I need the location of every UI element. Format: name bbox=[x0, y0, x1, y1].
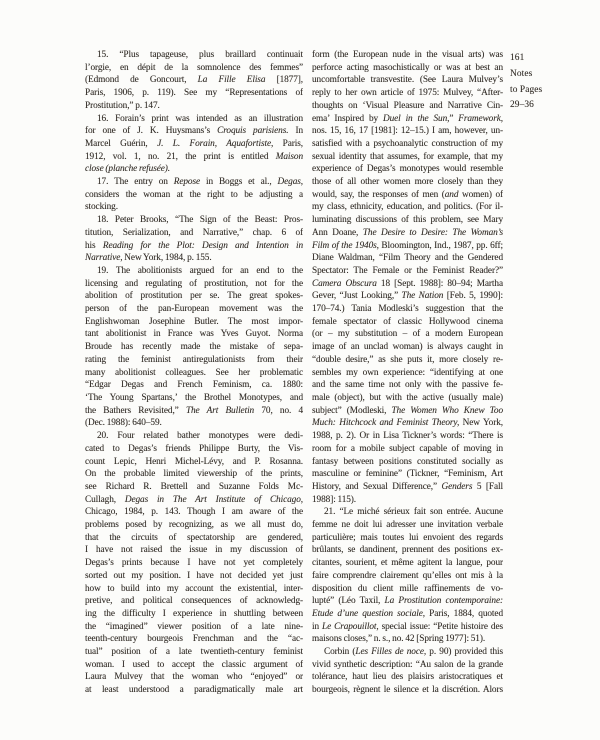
text-line: subject” (Modleski, The Women Who Knew T… bbox=[312, 405, 503, 418]
text-line: male (object), but with the active (usua… bbox=[312, 392, 503, 405]
text-line: vivid synthetic description: “Au salon d… bbox=[312, 659, 503, 672]
text-line: (Edmond de Goncourt, La Fille Elisa [187… bbox=[85, 74, 303, 87]
text-line: 1988, p. 2). Or in Lisa Tickner’s words:… bbox=[312, 430, 503, 443]
text-line: Film of the 1940s, Bloomington, Ind., 19… bbox=[312, 240, 503, 253]
text-line: Paris, 1906, p. 119). See my “Representa… bbox=[85, 87, 303, 100]
text-line: nos. 15, 16, 17 [1981]: 12–15.) I am, ho… bbox=[312, 125, 503, 138]
text-line: teenth-century bourgeois Frenchman and t… bbox=[85, 633, 303, 646]
text-line: stocking. bbox=[85, 201, 303, 214]
text-line: ing the difficulty I experience in shutt… bbox=[85, 608, 303, 621]
text-line: Degas’s prints because I have not yet co… bbox=[85, 557, 303, 570]
text-line: pretive, and political consequences of a… bbox=[85, 595, 303, 608]
text-line: cated to Degas’s friends Philippe Burty,… bbox=[85, 443, 303, 456]
text-line: rating the feminist antiregulationists f… bbox=[85, 354, 303, 367]
text-line: count Lepic, Henri Michel-Lévy, and P. R… bbox=[85, 456, 303, 469]
text-line: image of an unclad woman) is always caug… bbox=[312, 341, 503, 354]
book-page: 15. “Plus tapageuse, plus braillard cont… bbox=[0, 0, 600, 740]
text-line: Broude has recently made the mistake of … bbox=[85, 341, 303, 354]
text-line: those of all other women more closely th… bbox=[312, 176, 503, 189]
text-line: 18. Peter Brooks, “The Sign of the Beast… bbox=[85, 214, 303, 227]
text-line: faire comprendre clairement qu’elles ont… bbox=[312, 570, 503, 583]
text-line: 20. Four related bather monotypes were d… bbox=[85, 430, 303, 443]
text-line: person of the pan-European movement was … bbox=[85, 303, 303, 316]
text-line: 1988]: 115). bbox=[312, 494, 503, 507]
text-line: close (planche refusée). bbox=[85, 163, 303, 176]
text-line: woman. I used to accept the classic argu… bbox=[85, 659, 303, 672]
text-line: 1912, vol. 1, no. 21, the print is entit… bbox=[85, 151, 303, 164]
text-line: Spectator: The Female or the Feminist Re… bbox=[312, 265, 503, 278]
text-line: Laura Mulvey that the woman who “enjoyed… bbox=[85, 671, 303, 684]
text-line: masculine or feminine” (Tickner, “Femini… bbox=[312, 468, 503, 481]
text-line: and the same time not only with the pass… bbox=[312, 379, 503, 392]
text-line: titution, Serialization, and Narrative,”… bbox=[85, 227, 303, 240]
text-line: tant abolitionist in France was Yves Guy… bbox=[85, 328, 303, 341]
text-line: Cullagh, Degas in The Art Institute of C… bbox=[85, 494, 303, 507]
text-line: reply to her own article of 1975: Mulvey… bbox=[312, 87, 503, 100]
text-line: Etude d’une question sociale, Paris, 188… bbox=[312, 608, 503, 621]
text-line: female spectator of classic Hollywood ci… bbox=[312, 316, 503, 329]
text-line: would, say, the responses of men (and wo… bbox=[312, 189, 503, 202]
text-line: Chicago, 1984, p. 143. Though I am aware… bbox=[85, 506, 303, 519]
text-line: for one of J. K. Huysmans’s Croquis pari… bbox=[85, 125, 303, 138]
text-line: tual” position of a late twentieth-centu… bbox=[85, 646, 303, 659]
text-line: ema’ Inspired by Duel in the Sun,” Frame… bbox=[312, 113, 503, 126]
text-line: l’orgie, en dépit de la somnolence des f… bbox=[85, 62, 303, 75]
text-line: (Dec. 1988): 640–59. bbox=[85, 417, 303, 430]
margin-note-line: to Pages bbox=[510, 83, 580, 99]
text-line: form (the European nude in the visual ar… bbox=[312, 49, 503, 62]
text-line: (or – my substitution – of a modern Euro… bbox=[312, 328, 503, 341]
text-line: Marcel Guérin, J. L. Forain, Aquafortist… bbox=[85, 138, 303, 151]
text-line: Corbin (Les Filles de noce, p. 90) provi… bbox=[312, 646, 503, 659]
page-number: 161 bbox=[510, 51, 580, 67]
text-line: 15. “Plus tapageuse, plus braillard cont… bbox=[85, 49, 303, 62]
text-line: citantes, sourient, et même agitent la l… bbox=[312, 557, 503, 570]
text-line: considers the woman at the right to be a… bbox=[85, 189, 303, 202]
margin-note: 161 Notes to Pages 29–36 bbox=[510, 51, 580, 114]
text-line: 21. “Le miché sérieux fait son entrée. A… bbox=[312, 506, 503, 519]
text-line: in Le Crapouillot, special issue: “Petit… bbox=[312, 621, 503, 634]
text-line: room for a mobile subject capable of mov… bbox=[312, 443, 503, 456]
text-line: luminating discussions of this problem, … bbox=[312, 214, 503, 227]
text-line: brûlants, se dandinent, prennent des pos… bbox=[312, 544, 503, 557]
text-line: many abolitionist colleagues. See her pr… bbox=[85, 367, 303, 380]
text-line: licensing and regulating of prostitution… bbox=[85, 278, 303, 291]
text-line: 170–74.) Tania Modleski’s suggestion tha… bbox=[312, 303, 503, 316]
text-line: Camera Obscura 18 [Sept. 1988]: 80–94; M… bbox=[312, 278, 503, 291]
text-line: Much: Hitchcock and Feminist Theory, New… bbox=[312, 417, 503, 430]
text-line: tolérance, haut lieu des plaisirs aristo… bbox=[312, 671, 503, 684]
text-line: “double desire,” as she puts it, more cl… bbox=[312, 354, 503, 367]
text-line: the “imagined” viewer position of a late… bbox=[85, 621, 303, 634]
text-line: Ann Doane, The Desire to Desire: The Wom… bbox=[312, 227, 503, 240]
text-line: my class, ethnicity, education, and poli… bbox=[312, 201, 503, 214]
text-line: femme ne doit lui adresser une invitatio… bbox=[312, 519, 503, 532]
text-line: Gever, “Just Looking,” The Nation [Feb. … bbox=[312, 290, 503, 303]
text-line: bourgeois, règnent le silence et la disc… bbox=[312, 684, 503, 697]
right-column: form (the European nude in the visual ar… bbox=[312, 49, 503, 697]
text-line: 16. Forain’s print was intended as an il… bbox=[85, 113, 303, 126]
text-line: how to build into my account the existen… bbox=[85, 583, 303, 596]
text-line: Diane Waldman, “Film Theory and the Gend… bbox=[312, 252, 503, 265]
text-line: abolition of prostitution per se. The gr… bbox=[85, 290, 303, 303]
left-column: 15. “Plus tapageuse, plus braillard cont… bbox=[85, 49, 303, 697]
text-line: particulière; mais toutes lui envoient d… bbox=[312, 532, 503, 545]
text-line: fantasy between positions constituted so… bbox=[312, 456, 503, 469]
text-line: sembles my own experience: “identifying … bbox=[312, 367, 503, 380]
text-line: Englishwoman Josephine Butler. The most … bbox=[85, 316, 303, 329]
text-line: that the circuits of spectatorship are g… bbox=[85, 532, 303, 545]
text-line: problems posed by recognizing, as we all… bbox=[85, 519, 303, 532]
text-line: “Edgar Degas and French Feminism, ca. 18… bbox=[85, 379, 303, 392]
text-line: sexual identity that assumes, for exampl… bbox=[312, 151, 503, 164]
text-line: On the probable limited viewership of th… bbox=[85, 468, 303, 481]
text-line: the Bathers Revisited,” The Art Bulletin… bbox=[85, 405, 303, 418]
text-line: uncomfortable transvestite. (See Laura M… bbox=[312, 74, 503, 87]
text-line: 17. The entry on Repose in Boggs et al.,… bbox=[85, 176, 303, 189]
text-line: see Richard R. Brettell and Suzanne Fold… bbox=[85, 481, 303, 494]
text-line: satisfied with a psychoanalytic construc… bbox=[312, 138, 503, 151]
margin-note-line: Notes bbox=[510, 67, 580, 83]
text-line: perforce acting masochistically or was a… bbox=[312, 62, 503, 75]
text-line: Narrative, New York, 1984, p. 155. bbox=[85, 252, 303, 265]
text-line: at least understood a paradigmatically m… bbox=[85, 684, 303, 697]
text-line: thoughts on ‘Visual Pleasure and Narrati… bbox=[312, 100, 503, 113]
text-line: experience of Degas’s monotypes would re… bbox=[312, 163, 503, 176]
text-line: I have not raised the issue in my discus… bbox=[85, 544, 303, 557]
text-line: ‘The Young Spartans,’ the Brothel Monoty… bbox=[85, 392, 303, 405]
text-line: lupté” (Léo Taxil, La Prostitution conte… bbox=[312, 595, 503, 608]
text-line: History, and Sexual Difference,” Genders… bbox=[312, 481, 503, 494]
text-line: 19. The abolitionists argued for an end … bbox=[85, 265, 303, 278]
text-line: maisons closes,” n. s., no. 42 [Spring 1… bbox=[312, 633, 503, 646]
margin-note-line: 29–36 bbox=[510, 98, 580, 114]
text-line: sorted out my position. I have not decid… bbox=[85, 570, 303, 583]
text-line: his Reading for the Plot: Design and Int… bbox=[85, 240, 303, 253]
text-line: Prostitution,” p. 147. bbox=[85, 100, 303, 113]
text-line: disposition du client mille raffinements… bbox=[312, 583, 503, 596]
